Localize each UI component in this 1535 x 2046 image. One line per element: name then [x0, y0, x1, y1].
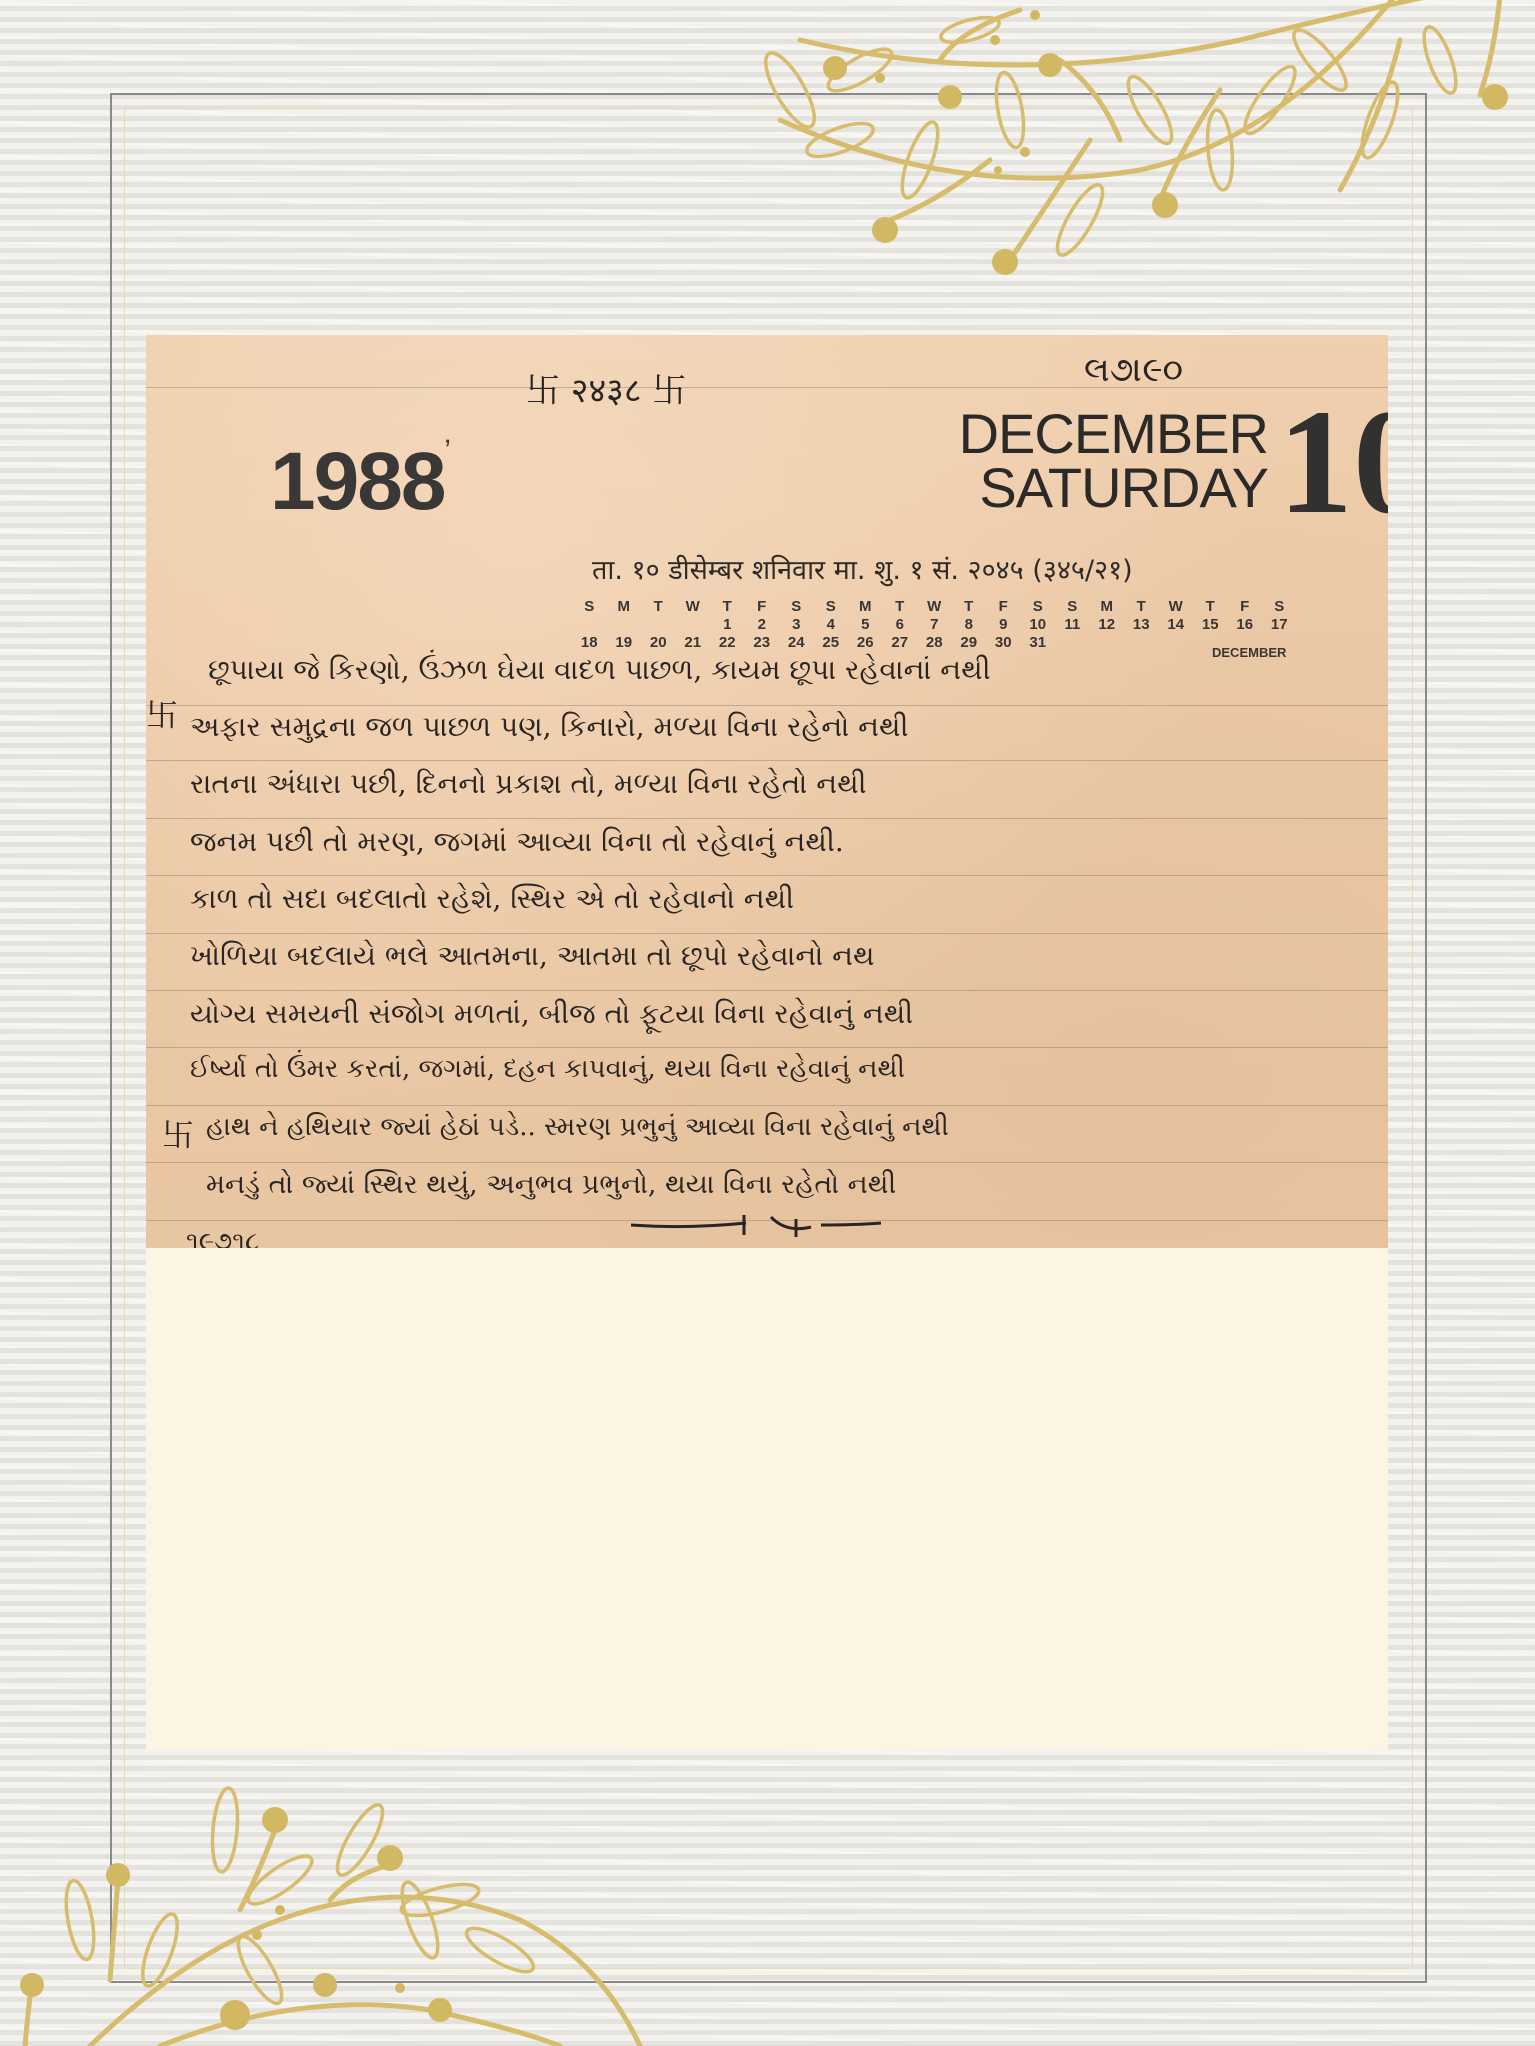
calendar-cell: 25: [814, 634, 849, 652]
calendar-cell: 13: [1124, 616, 1159, 634]
hindi-date-line: ता. १० डीसेम्बर शनिवार मा. शु. १ सं. २०४…: [592, 550, 1133, 587]
calendar-cell: T: [1124, 598, 1159, 616]
calendar-cell: S: [779, 598, 814, 616]
ruled-line: [146, 933, 1388, 934]
calendar-cell: 30: [986, 634, 1021, 652]
calendar-cell: S: [1262, 598, 1297, 616]
handwritten-line: જનમ પછી તો મરણ, જગમાં આવ્યા વિના તો રહેવ…: [190, 825, 844, 859]
mini-calendar: SMTWTFSSMTWTFSSMTWTFS 123456789101112131…: [572, 598, 1297, 652]
calendar-cell: 18: [572, 634, 607, 652]
ruled-line: [146, 875, 1388, 876]
handwritten-line: ઈર્ષ્યા તો ઉંમર કરતાં, જગમાં, દહન કાપવાન…: [190, 1054, 905, 1085]
calendar-cell: 7: [917, 616, 952, 634]
calendar-cell: 10: [1021, 616, 1056, 634]
calendar-cell: 15: [1193, 616, 1228, 634]
calendar-cell: 11: [1055, 616, 1090, 634]
calendar-cell: 23: [745, 634, 780, 652]
calendar-cell: [1090, 634, 1125, 652]
calendar-cell: 14: [1159, 616, 1194, 634]
ruled-line: [146, 1105, 1388, 1106]
calendar-cell: 12: [1090, 616, 1125, 634]
handwritten-line: કાળ તો સદા બદલાતો રહેશે, સ્થિર એ તો રહેવ…: [190, 882, 794, 916]
handwritten-header-number: 卐 २४३८ 卐: [526, 363, 686, 412]
calendar-cell: 2: [745, 616, 780, 634]
calendar-cell: 3: [779, 616, 814, 634]
swastika-mark-icon: 卐: [146, 690, 178, 736]
ruled-line: [146, 760, 1388, 761]
calendar-cell: 31: [1021, 634, 1056, 652]
diary-year: 1988ʼ: [270, 435, 449, 529]
calendar-weekday-row: SMTWTFSSMTWTFSSMTWTFS: [572, 598, 1297, 616]
calendar-cell: 16: [1228, 616, 1263, 634]
calendar-cell: 21: [676, 634, 711, 652]
ruled-line: [146, 1047, 1388, 1048]
calendar-cell: T: [1193, 598, 1228, 616]
calendar-cell: S: [1055, 598, 1090, 616]
calendar-cell: [1159, 634, 1194, 652]
calendar-week-row: 1234567891011121314151617: [572, 616, 1297, 634]
calendar-cell: S: [572, 598, 607, 616]
ruled-line: [146, 1162, 1388, 1163]
calendar-cell: 6: [883, 616, 918, 634]
calendar-cell: F: [745, 598, 780, 616]
calendar-cell: F: [1228, 598, 1263, 616]
calendar-cell: 20: [641, 634, 676, 652]
calendar-cell: [1055, 634, 1090, 652]
calendar-cell: 1: [710, 616, 745, 634]
ruled-line: [146, 990, 1388, 991]
handwritten-line: અફાર સમુદ્રના જળ પાછળ પણ, કિનારો, મળ્યા …: [190, 710, 909, 744]
handwritten-line: છૂપાયા જે કિરણો, ઉંઝળ ઘેયા વાદળ પાછળ, કા…: [208, 653, 991, 687]
calendar-cell: [1124, 634, 1159, 652]
year-text: 1988: [270, 436, 444, 527]
handwritten-line: રાતના અંધારા પછી, દિનનો પ્રકાશ તો, મળ્યા…: [190, 767, 867, 801]
calendar-cell: 29: [952, 634, 987, 652]
calendar-cell: F: [986, 598, 1021, 616]
calendar-cell: W: [1159, 598, 1194, 616]
calendar-cell: 8: [952, 616, 987, 634]
handwritten-divider-flourish-icon: [626, 1215, 886, 1248]
swastika-mark-icon: 卐: [162, 1110, 194, 1156]
calendar-cell: W: [917, 598, 952, 616]
calendar-cell: T: [710, 598, 745, 616]
calendar-cell: S: [814, 598, 849, 616]
calendar-cell: 9: [986, 616, 1021, 634]
calendar-cell: 28: [917, 634, 952, 652]
calendar-cell: 24: [779, 634, 814, 652]
calendar-cell: [641, 616, 676, 634]
handwritten-line: ખોળિયા બદલાયે ભલે આતમના, આતમા તો છૂપો રહ…: [190, 939, 875, 973]
diary-weekday: SATURDAY: [796, 461, 1268, 515]
calendar-week-row: 1819202122232425262728293031: [572, 634, 1297, 652]
calendar-cell: 26: [848, 634, 883, 652]
calendar-cell: [607, 616, 642, 634]
calendar-cell: 4: [814, 616, 849, 634]
cream-caption-panel: [146, 1248, 1388, 1750]
handwritten-header-ref: લ૭।૯૦: [1084, 350, 1183, 390]
calendar-cell: [676, 616, 711, 634]
calendar-cell: 5: [848, 616, 883, 634]
calendar-cell: T: [952, 598, 987, 616]
ruled-line: [146, 818, 1388, 819]
calendar-cell: M: [607, 598, 642, 616]
calendar-cell: T: [641, 598, 676, 616]
calendar-cell: W: [676, 598, 711, 616]
handwritten-line: મનડું તો જ્યાં સ્થિર થયું, અનુભવ પ્રભુનો…: [206, 1169, 896, 1201]
calendar-cell: 27: [883, 634, 918, 652]
calendar-cell: [572, 616, 607, 634]
calendar-cell: S: [1021, 598, 1056, 616]
calendar-cell: M: [848, 598, 883, 616]
diary-page-photo: 卐 २४३८ 卐 લ૭।૯૦ 1988ʼ DECEMBER SATURDAY 1…: [146, 335, 1388, 1248]
handwritten-line: ૧૯૭૧૮: [186, 1227, 259, 1248]
diary-month: DECEMBER: [796, 407, 1268, 461]
calendar-cell: M: [1090, 598, 1125, 616]
calendar-cell: T: [883, 598, 918, 616]
ruled-line: [146, 387, 1388, 388]
calendar-cell: 19: [607, 634, 642, 652]
calendar-cell: 17: [1262, 616, 1297, 634]
ruled-line: [146, 705, 1388, 706]
calendar-cell: 22: [710, 634, 745, 652]
diary-day-number: 10: [1278, 397, 1388, 527]
handwritten-line: હાથ ને હથિયાર જ્યાં હેઠાં પડે.. સ્મરણ પ્…: [206, 1112, 949, 1143]
handwritten-line: યોગ્ય સમયની સંજોગ મળતાં, બીજ તો ફૂટયા વિ…: [190, 997, 913, 1031]
calendar-month-label: DECEMBER: [1212, 645, 1286, 660]
